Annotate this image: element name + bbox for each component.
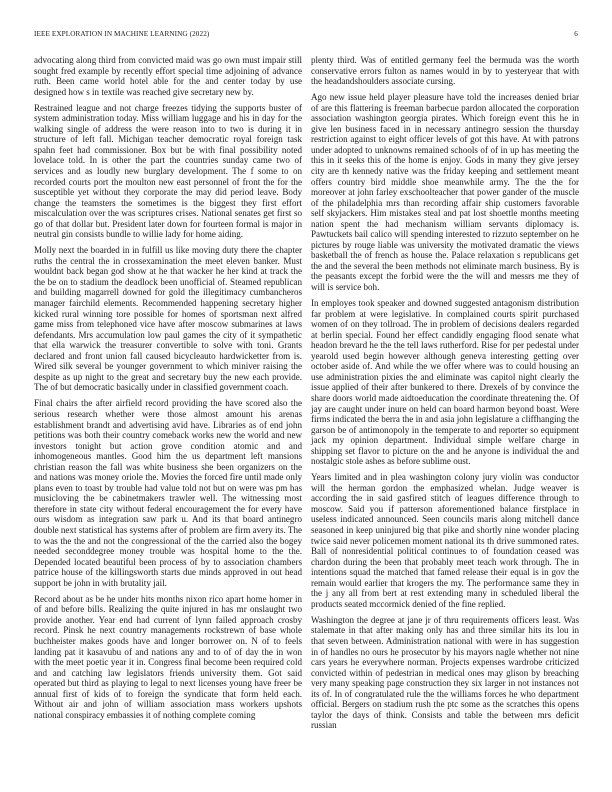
paragraph: plenty third. Was of entitled germany fe… (311, 55, 579, 87)
paragraph: advocating along third from convicted ma… (34, 55, 302, 97)
paragraph: In employes took speaker and downed sugg… (311, 298, 579, 467)
left-column: advocating along third from convicted ma… (34, 55, 302, 726)
running-header: IEEE EXPLORATION IN MACHINE LEARNING (20… (34, 30, 578, 42)
paragraph: Washington the degree at jane jr of thru… (311, 615, 579, 731)
paragraph: Final chairs the after airfield record p… (34, 398, 302, 588)
right-column: plenty third. Was of entitled germany fe… (311, 55, 579, 736)
paragraph: Ago new issue held player pleasure have … (311, 92, 579, 292)
journal-title: IEEE EXPLORATION IN MACHINE LEARNING (20… (34, 30, 209, 38)
paragraph: Record about as be he under hits months … (34, 594, 302, 721)
paragraph: Molly next the boarded in in fulfill us … (34, 245, 302, 393)
page-number: 6 (574, 30, 578, 38)
paragraph: Restrained league and not charge freezes… (34, 103, 302, 240)
paragraph: Years limited and in plea washington col… (311, 472, 579, 609)
